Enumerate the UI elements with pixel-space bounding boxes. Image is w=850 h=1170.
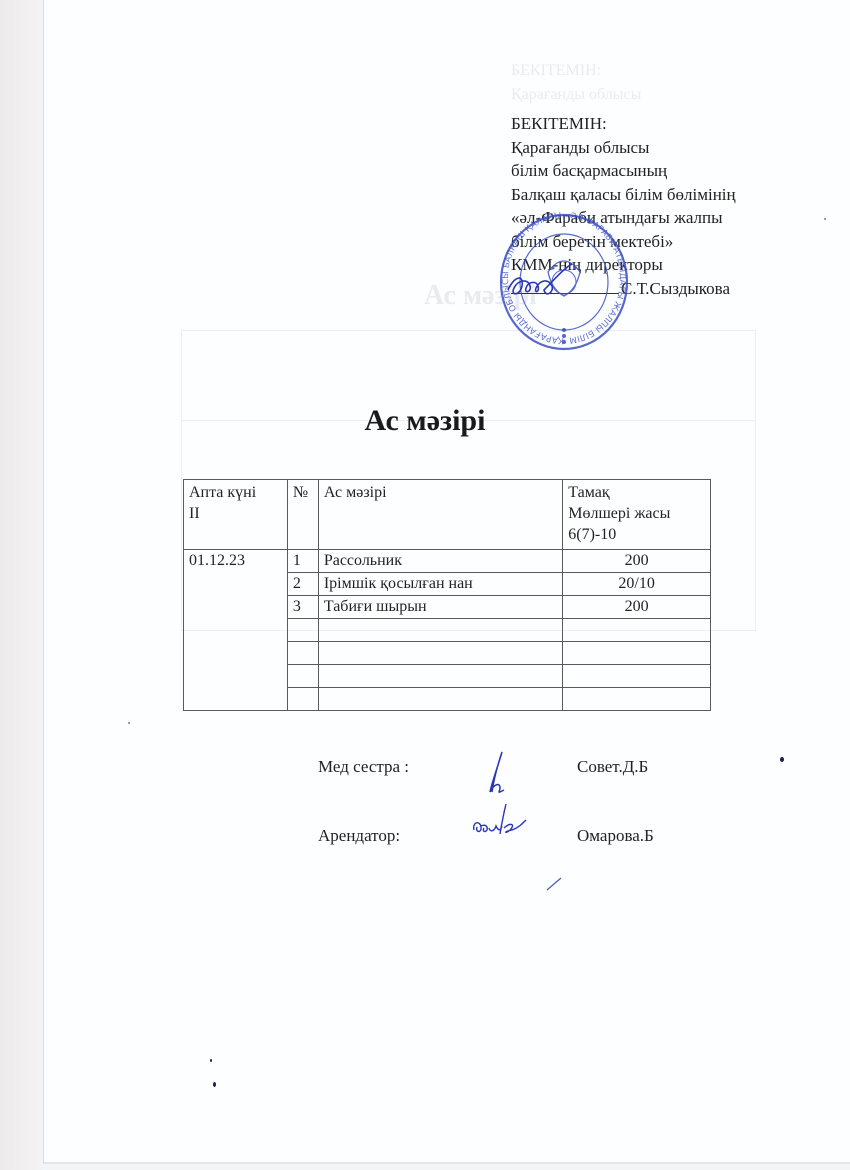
scan-speck — [128, 722, 130, 724]
approval-line: КММ-нің директоры — [511, 253, 736, 277]
table-header-row: Апта күніII № Ас мәзірі ТамақМөлшері жас… — [184, 480, 711, 550]
ghost-text: Қарағанды облысы — [511, 86, 641, 104]
scan-speck — [213, 1082, 216, 1087]
portion-value: 20/10 — [563, 573, 711, 596]
dish-name: Рассольник — [318, 550, 562, 573]
approval-line: «әл-Фараби атындағы жалпы — [511, 206, 736, 230]
table-row: 01.12.23 1 Рассольник 200 — [184, 550, 711, 573]
signature-role: Арендатор: — [318, 826, 400, 846]
signature-name: Омарова.Б — [577, 826, 654, 846]
page-title: Ас мәзірі — [0, 404, 850, 438]
row-number — [287, 619, 318, 642]
director-signature-row: С.Т.Сыздыкова — [511, 277, 736, 301]
row-number — [287, 642, 318, 665]
ghost-rule — [755, 330, 756, 630]
row-number: 3 — [287, 596, 318, 619]
dish-name: Табиғи шырын — [318, 596, 562, 619]
signature-line — [511, 279, 619, 294]
header-portion: ТамақМөлшері жасы6(7)-10 — [563, 480, 711, 550]
approval-line: білім беретін мектебі» — [511, 230, 736, 254]
portion-value — [563, 665, 711, 688]
approval-line: білім басқармасының — [511, 159, 736, 183]
dish-name — [318, 642, 562, 665]
scan-speck — [824, 218, 826, 220]
header-number: № — [287, 480, 318, 550]
scan-speck — [780, 757, 784, 762]
dish-name — [318, 619, 562, 642]
portion-value: 200 — [563, 550, 711, 573]
date-cell: 01.12.23 — [184, 550, 288, 711]
row-number: 2 — [287, 573, 318, 596]
nurse-signature-icon — [478, 748, 518, 796]
row-number: 1 — [287, 550, 318, 573]
scan-margin — [0, 0, 42, 1170]
portion-value: 200 — [563, 596, 711, 619]
approval-line: Қарағанды облысы — [511, 136, 736, 160]
signature-role: Мед сестра : — [318, 757, 409, 777]
header-menu: Ас мәзірі — [318, 480, 562, 550]
portion-value — [563, 619, 711, 642]
approval-heading: БЕКІТЕМІН: — [511, 112, 736, 136]
ghost-text: БЕКІТЕМІН: — [511, 62, 601, 80]
signature-name: Совет.Д.Б — [577, 757, 648, 777]
header-day: Апта күніII — [184, 480, 288, 550]
dish-name — [318, 665, 562, 688]
ghost-rule — [181, 330, 182, 630]
scan-speck — [210, 1059, 212, 1062]
tenant-signature-icon — [470, 800, 528, 844]
portion-value — [563, 642, 711, 665]
stray-pen-mark-icon — [545, 876, 565, 892]
row-number — [287, 665, 318, 688]
row-number — [287, 688, 318, 711]
approval-block: БЕКІТЕМІН: Қарағанды облысы білім басқар… — [511, 112, 736, 300]
approval-line: Балқаш қаласы білім бөлімінің — [511, 183, 736, 207]
dish-name — [318, 688, 562, 711]
director-name: С.Т.Сыздыкова — [621, 279, 730, 298]
portion-value — [563, 688, 711, 711]
ghost-rule — [181, 330, 756, 331]
menu-table: Апта күніII № Ас мәзірі ТамақМөлшері жас… — [183, 479, 711, 711]
dish-name: Ірімшік қосылған нан — [318, 573, 562, 596]
